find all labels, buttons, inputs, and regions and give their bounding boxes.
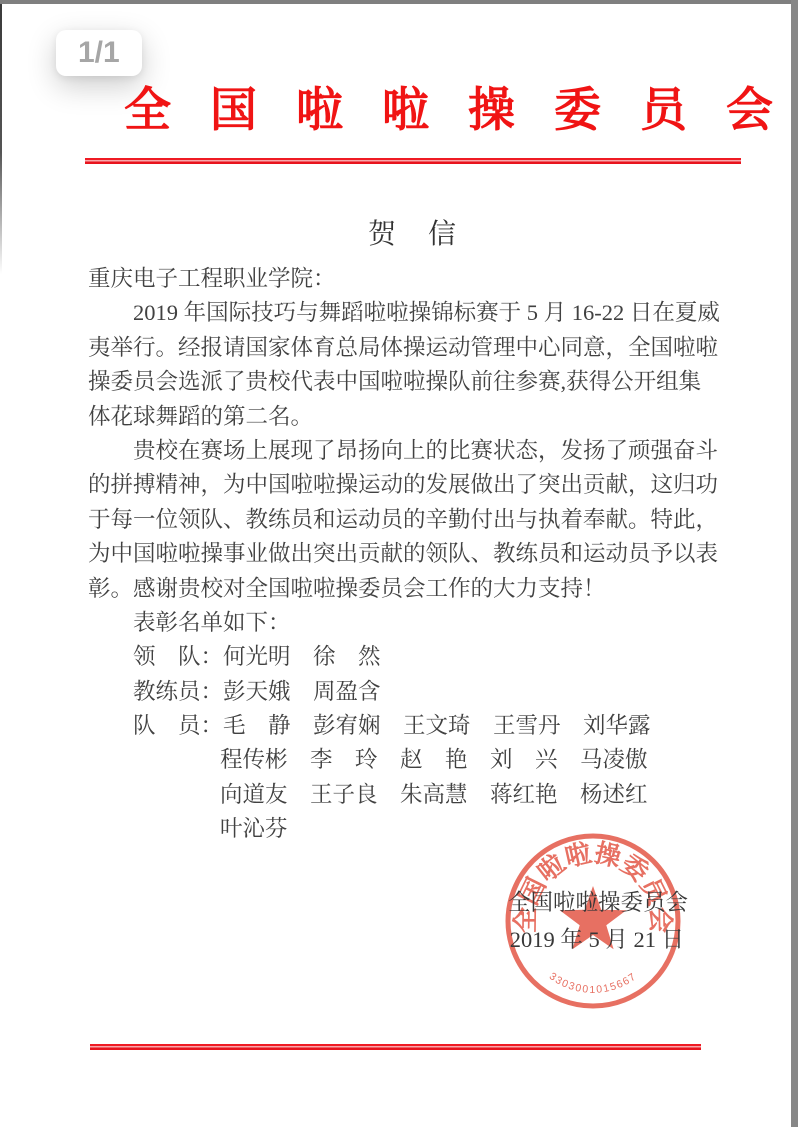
- letterhead-rule: [85, 158, 741, 164]
- body-line: 表彰名单如下：: [88, 606, 732, 640]
- svg-text:3303001015667: 3303001015667: [547, 970, 639, 996]
- footer-rule: [90, 1044, 701, 1050]
- body-line: 为中国啦啦操事业做出突出贡献的领队、教练员和运动员予以表: [88, 537, 732, 571]
- document-viewer: 1/1 全国啦啦操委员会 贺 信 重庆电子工程职业学院： 2019 年国际技巧与…: [0, 0, 798, 1127]
- body-line: 夷举行。经报请国家体育总局体操运动管理中心同意，全国啦啦: [88, 331, 732, 365]
- body-line: 重庆电子工程职业学院：: [88, 262, 732, 296]
- page-indicator-text: 1/1: [78, 36, 120, 69]
- seal-serial-number: 3303001015667: [547, 970, 639, 996]
- signature-date: 2019 年 5 月 21 日: [508, 921, 686, 958]
- roster-line-members: 程传彬 李 玲 赵 艳 刘 兴 马凌傲: [88, 743, 732, 777]
- body-line: 贵校在赛场上展现了昂扬向上的比赛状态，发扬了顽强奋斗: [88, 434, 732, 468]
- page-indicator-badge: 1/1: [56, 30, 142, 76]
- body-line: 体花球舞蹈的第二名。: [88, 400, 732, 434]
- viewer-top-bar: [0, 0, 798, 4]
- vertical-scrollbar[interactable]: [791, 0, 798, 1127]
- document-title: 贺 信: [85, 212, 741, 252]
- letterhead-org-name: 全国啦啦操委员会: [85, 84, 741, 138]
- body-line: 的拼搏精神，为中国啦啦操运动的发展做出了突出贡献，这归功: [88, 468, 732, 502]
- signature-org: 全国啦啦操委员会: [508, 884, 686, 921]
- roster-line-members: 队 员：毛 静 彭宥娴 王文琦 王雪丹 刘华露: [88, 709, 732, 743]
- roster-line-coaches: 教练员：彭天娥 周盈含: [88, 675, 732, 709]
- body-line: 操委员会选派了贵校代表中国啦啦操队前往参赛,获得公开组集: [88, 365, 732, 399]
- roster-line-leaders: 领 队：何光明 徐 然: [88, 640, 732, 674]
- roster-line-members: 向道友 王子良 朱高慧 蒋红艳 杨述红: [88, 778, 732, 812]
- signature-block: 全国啦啦操委员会 2019 年 5 月 21 日: [508, 884, 686, 958]
- page-edge-shadow: [0, 4, 2, 274]
- letter-body: 重庆电子工程职业学院： 2019 年国际技巧与舞蹈啦啦操锦标赛于 5 月 16-…: [88, 262, 732, 847]
- body-line: 于每一位领队、教练员和运动员的辛勤付出与执着奉献。特此，: [88, 503, 732, 537]
- body-line: 彰。感谢贵校对全国啦啦操委员会工作的大力支持！: [88, 572, 732, 606]
- body-line: 2019 年国际技巧与舞蹈啦啦操锦标赛于 5 月 16-22 日在夏威: [88, 296, 732, 330]
